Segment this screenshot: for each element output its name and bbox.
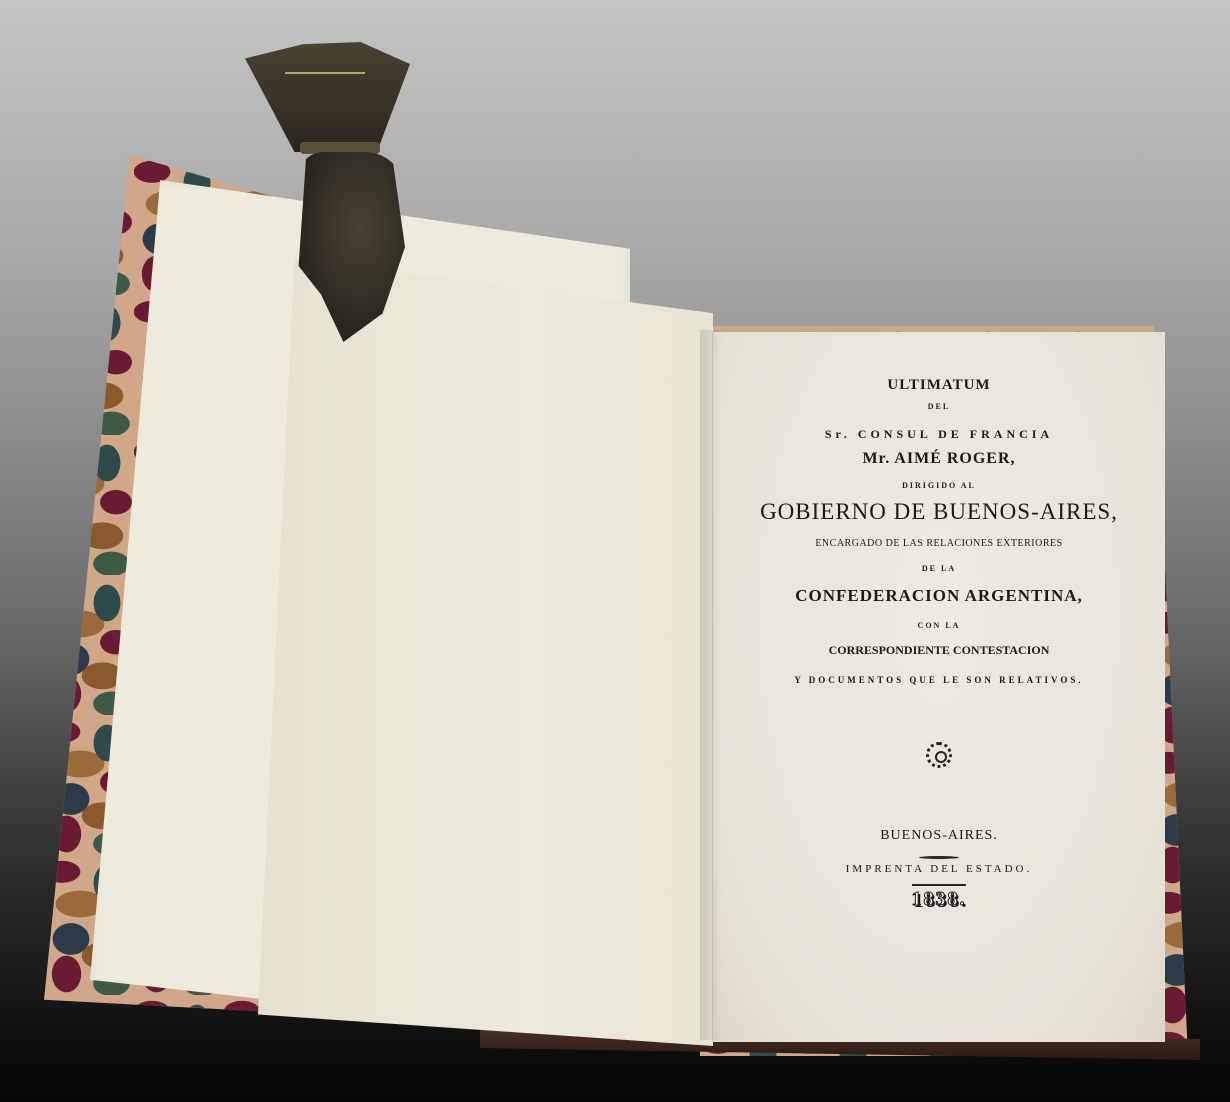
- title-ultimatum: ULTIMATUM: [713, 377, 1165, 394]
- line-del: DEL: [713, 402, 1165, 411]
- line-documentos: Y DOCUMENTOS QUE LE SON RELATIVOS.: [713, 675, 1165, 685]
- bronze-hand-clip: [245, 42, 415, 342]
- blank-flyleaf-page: [258, 258, 713, 1046]
- line-author-name: Mr. AIMÉ ROGER,: [713, 450, 1165, 468]
- double-rule: [912, 884, 966, 886]
- line-confederacion: CONFEDERACION ARGENTINA,: [713, 586, 1165, 606]
- imprint-printer: IMPRENTA DEL ESTADO.: [713, 863, 1165, 875]
- book-photo: ULTIMATUM DEL Sr. CONSUL DE FRANCIA Mr. …: [0, 0, 1230, 1102]
- clip-lace-cuff: [245, 42, 410, 152]
- line-consul: Sr. CONSUL DE FRANCIA: [713, 427, 1165, 442]
- line-de-la: DE LA: [713, 564, 1165, 573]
- clip-hand-icon: [293, 152, 405, 342]
- line-con-la: CON LA: [713, 621, 1165, 630]
- title-page: ULTIMATUM DEL Sr. CONSUL DE FRANCIA Mr. …: [712, 332, 1165, 1042]
- imprint-city: BUENOS-AIRES.: [713, 828, 1165, 844]
- gutter-shadow: [700, 330, 722, 1040]
- ornamental-rule: [919, 856, 959, 859]
- line-dirigido: DIRIGIDO AL: [713, 481, 1165, 490]
- line-gobierno: GOBIERNO DE BUENOS-AIRES,: [713, 499, 1165, 525]
- imprint-year: 1838.: [713, 888, 1165, 911]
- rosette-ornament-icon: [926, 742, 952, 768]
- line-correspondiente: CORRESPONDIENTE CONTESTACION: [713, 643, 1165, 658]
- line-encargado: ENCARGADO DE LAS RELACIONES EXTERIORES: [713, 538, 1165, 549]
